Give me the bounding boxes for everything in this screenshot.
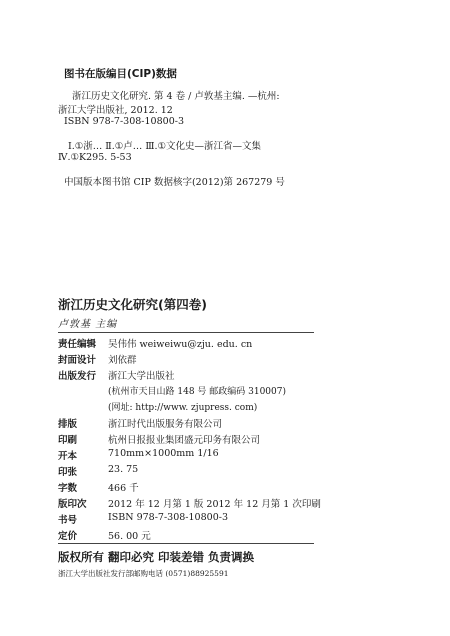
- value-edition: 2012 年 12 月第 1 版 2012 年 12 月第 1 次印刷: [108, 496, 321, 510]
- label-format: 开本: [58, 448, 106, 462]
- divider-bottom: [58, 543, 314, 544]
- cip-isbn: ISBN 978-7-308-10800-3: [64, 116, 184, 127]
- value-address: (杭州市天目山路 148 号 邮政编码 310007): [108, 384, 286, 397]
- value-format: 710mm×1000mm 1/16: [108, 448, 219, 459]
- book-editor: 卢敦基 主编: [58, 315, 117, 330]
- divider-top: [58, 332, 314, 333]
- value-website: (网址: http://www. zjupress. com): [108, 400, 257, 413]
- mail-order-phone: 浙江大学出版社发行部邮购电话 (0571)88925591: [58, 568, 229, 579]
- value-price: 56. 00 元: [108, 528, 151, 542]
- cip-line-2: 浙江大学出版社, 2012. 12: [58, 102, 173, 116]
- label-isbn: 书号: [58, 512, 106, 526]
- value-typesetting: 浙江时代出版服务有限公司: [108, 416, 222, 430]
- cip-title: 图书在版编目(CIP)数据: [64, 66, 177, 81]
- label-editor: 责任编辑: [58, 336, 106, 350]
- cip-verify-number: 中国版本图书馆 CIP 数据核字(2012)第 267279 号: [64, 174, 285, 188]
- value-publisher: 浙江大学出版社: [108, 368, 175, 382]
- label-printing: 印刷: [58, 432, 106, 446]
- cip-line-1: 浙江历史文化研究. 第 4 卷 / 卢敦基主编. —杭州:: [72, 88, 280, 102]
- cip-class-line-2: Ⅳ.①K295. 5-53: [58, 152, 132, 163]
- label-cover-design: 封面设计: [58, 352, 106, 366]
- value-printing: 杭州日报报业集团盛元印务有限公司: [108, 432, 260, 446]
- label-publisher: 出版发行: [58, 368, 106, 382]
- copyright-notice: 版权所有 翻印必究 印装差错 负责调换: [58, 549, 254, 565]
- value-editor: 吴伟伟 weiweiwu@zju. edu. cn: [108, 336, 252, 350]
- label-edition: 版印次: [58, 496, 106, 510]
- label-word-count: 字数: [58, 480, 106, 494]
- book-title: 浙江历史文化研究(第四卷): [58, 295, 207, 313]
- label-sheets: 印张: [58, 464, 106, 478]
- value-cover-design: 刘依群: [108, 352, 137, 366]
- value-sheets: 23. 75: [108, 464, 138, 475]
- value-isbn: ISBN 978-7-308-10800-3: [108, 512, 228, 523]
- cip-class-line-1: Ⅰ.①浙… Ⅱ.①卢… Ⅲ.①文化史—浙江省—文集: [68, 138, 261, 152]
- value-word-count: 466 千: [108, 480, 139, 494]
- label-price: 定价: [58, 528, 106, 542]
- label-typesetting: 排版: [58, 416, 106, 430]
